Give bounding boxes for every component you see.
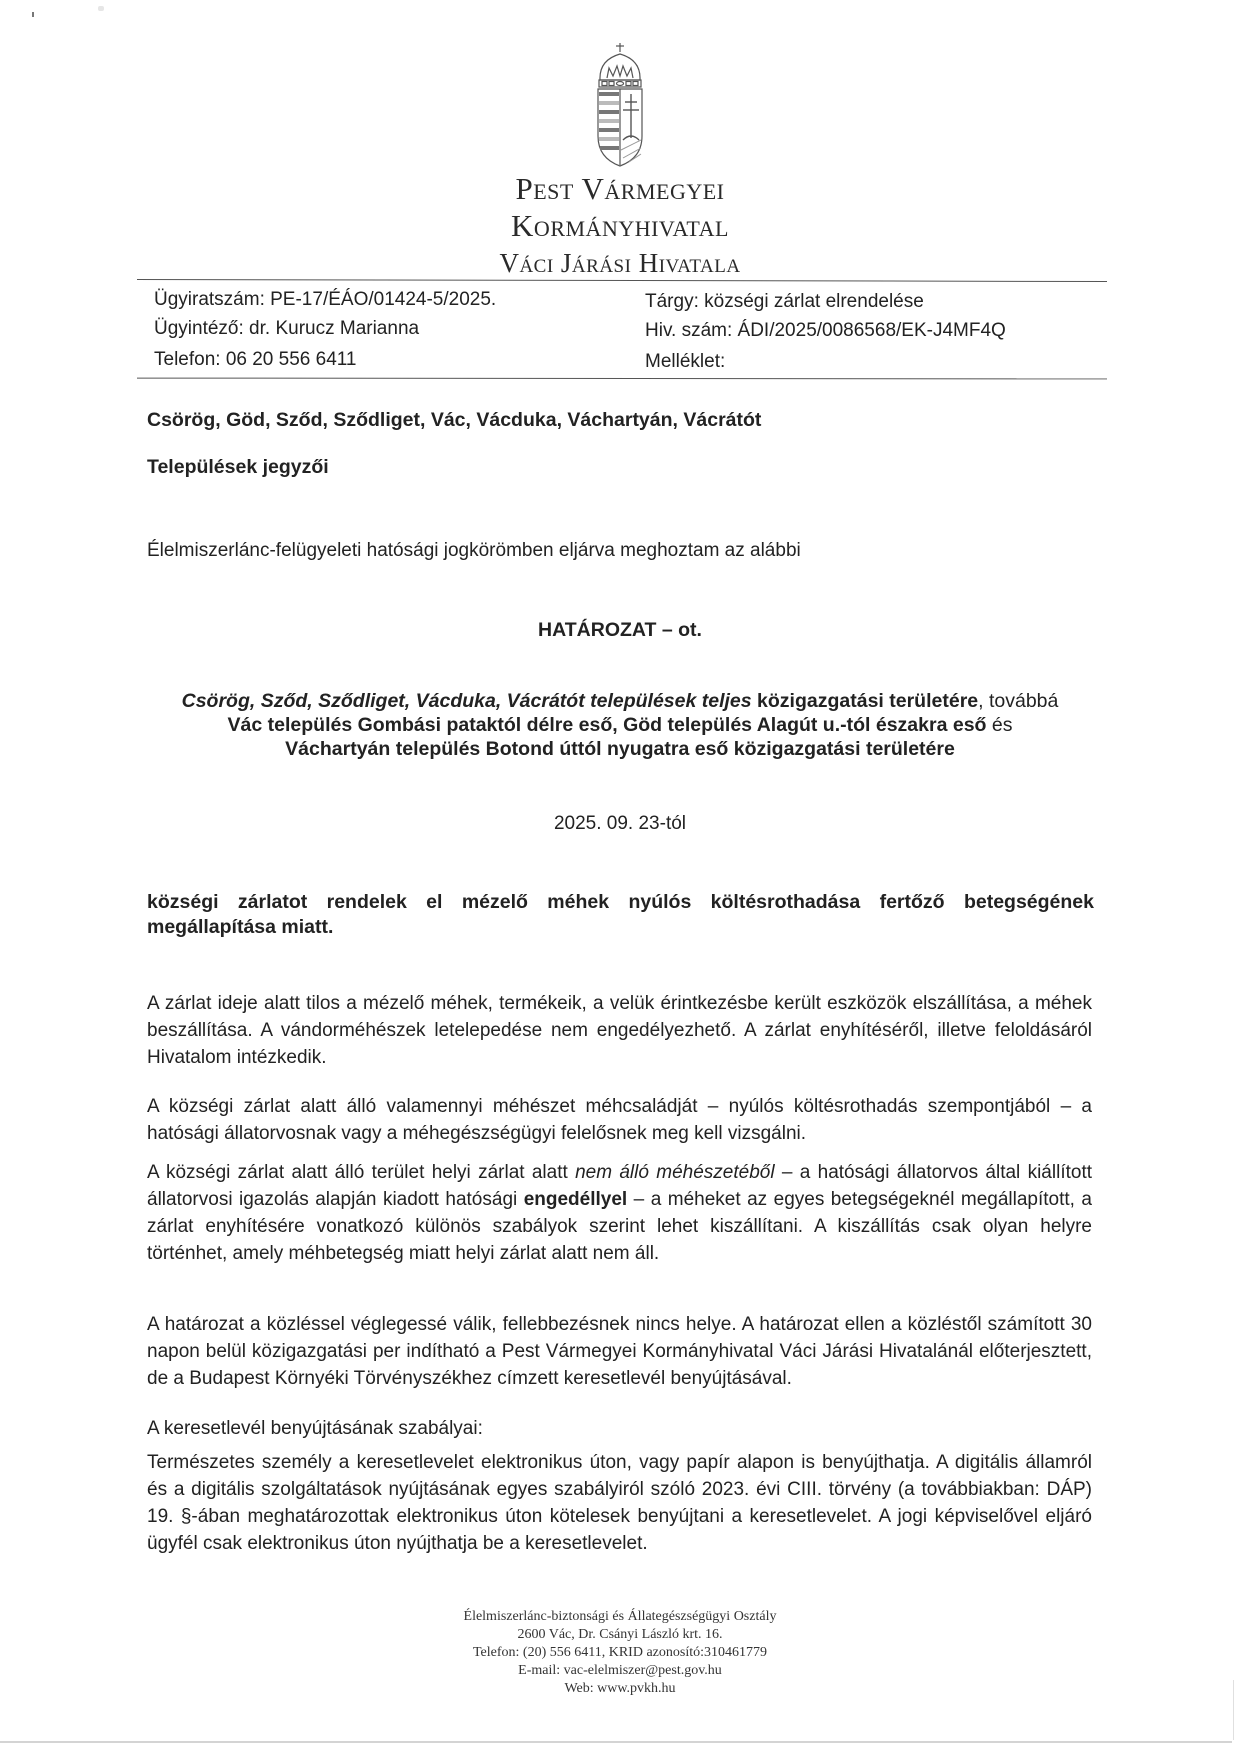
footer-address: 2600 Vác, Dr. Csányi László krt. 16. bbox=[0, 1626, 1240, 1644]
paragraph-transport: A községi zárlat alatt álló terület hely… bbox=[147, 1159, 1092, 1267]
page-bottom-edge bbox=[0, 1741, 1232, 1743]
affected-area: Csörög, Sződ, Sződliget, Vácduka, Vácrát… bbox=[145, 689, 1095, 761]
intro-sentence: Élelmiszerlánc-felügyeleti hatósági jogk… bbox=[147, 537, 1092, 564]
scan-speck bbox=[98, 6, 104, 11]
paragraph-inspection: A községi zárlat alatt álló valamennyi m… bbox=[147, 1093, 1092, 1147]
case-administrator: Ügyintéző: dr. Kurucz Marianna bbox=[154, 318, 419, 340]
p3-bold: engedéllyel bbox=[524, 1189, 628, 1210]
reference-number: Hiv. szám: ÁDI/2025/0086568/EK-J4MF4Q bbox=[645, 320, 1006, 342]
footer-web: Web: www.pvkh.hu bbox=[0, 1680, 1240, 1698]
attachment-label: Melléklet: bbox=[645, 351, 725, 373]
subject: Tárgy: községi zárlat elrendelése bbox=[645, 291, 924, 313]
header-rule-bottom bbox=[137, 378, 1107, 380]
p3-italic: nem álló méhészetéből bbox=[575, 1162, 774, 1183]
footer: Élelmiszerlánc-biztonsági és Állategészs… bbox=[0, 1608, 1240, 1698]
area-line-3: Váchartyán település Botond úttól nyugat… bbox=[285, 738, 955, 760]
paragraph-submission-rules: Természetes személy a keresetlevelet ele… bbox=[147, 1449, 1092, 1557]
paragraph-submission-rules-heading: A keresetlevél benyújtásának szabályai: bbox=[147, 1415, 1092, 1442]
hungarian-coat-of-arms-icon bbox=[585, 40, 655, 170]
letterhead-line-2: Kormányhivatal bbox=[0, 210, 1240, 242]
paragraph-restrictions: A zárlat ideje alatt tilos a mézelő méhe… bbox=[147, 990, 1092, 1071]
p3-text-a: A községi zárlat alatt álló terület hely… bbox=[147, 1162, 575, 1183]
letterhead-line-3: Váci Járási Hivatala bbox=[0, 247, 1240, 279]
page-right-edge bbox=[1233, 1680, 1234, 1740]
addressee-settlements: Csörög, Göd, Sződ, Sződliget, Vác, Vácdu… bbox=[147, 409, 761, 432]
area-line-2: Vác település Gombási pataktól délre eső… bbox=[228, 714, 987, 736]
effective-date: 2025. 09. 23-tól bbox=[0, 813, 1240, 835]
footer-phone-krid: Telefon: (20) 556 6411, KRID azonosító:3… bbox=[0, 1644, 1240, 1662]
decision-title: HATÁROZAT – ot. bbox=[0, 619, 1240, 642]
area-part-1-tail: , továbbá bbox=[978, 690, 1058, 712]
letterhead-line-1: Pest Vármegyei bbox=[0, 173, 1240, 205]
case-number: Ügyiratszám: PE-17/ÉÁO/01424-5/2025. bbox=[154, 289, 496, 311]
order-statement: községi zárlatot rendelek el mézelő méhe… bbox=[147, 890, 1094, 940]
header-rule-top bbox=[137, 279, 1107, 282]
paragraph-legal-remedy: A határozat a közléssel véglegessé válik… bbox=[147, 1311, 1092, 1392]
addressee-role: Települések jegyzői bbox=[147, 456, 329, 479]
area-line-2-tail: és bbox=[986, 714, 1012, 736]
scan-speck bbox=[32, 12, 34, 17]
area-italic-settlements: Csörög, Sződ, Sződliget, Vácduka, Vácrát… bbox=[182, 690, 752, 712]
phone-number: Telefon: 06 20 556 6411 bbox=[154, 349, 357, 371]
area-part-1: közigazgatási területére bbox=[752, 690, 979, 712]
footer-email: E-mail: vac-elelmiszer@pest.gov.hu bbox=[0, 1662, 1240, 1680]
footer-department: Élelmiszerlánc-biztonsági és Állategészs… bbox=[0, 1608, 1240, 1626]
